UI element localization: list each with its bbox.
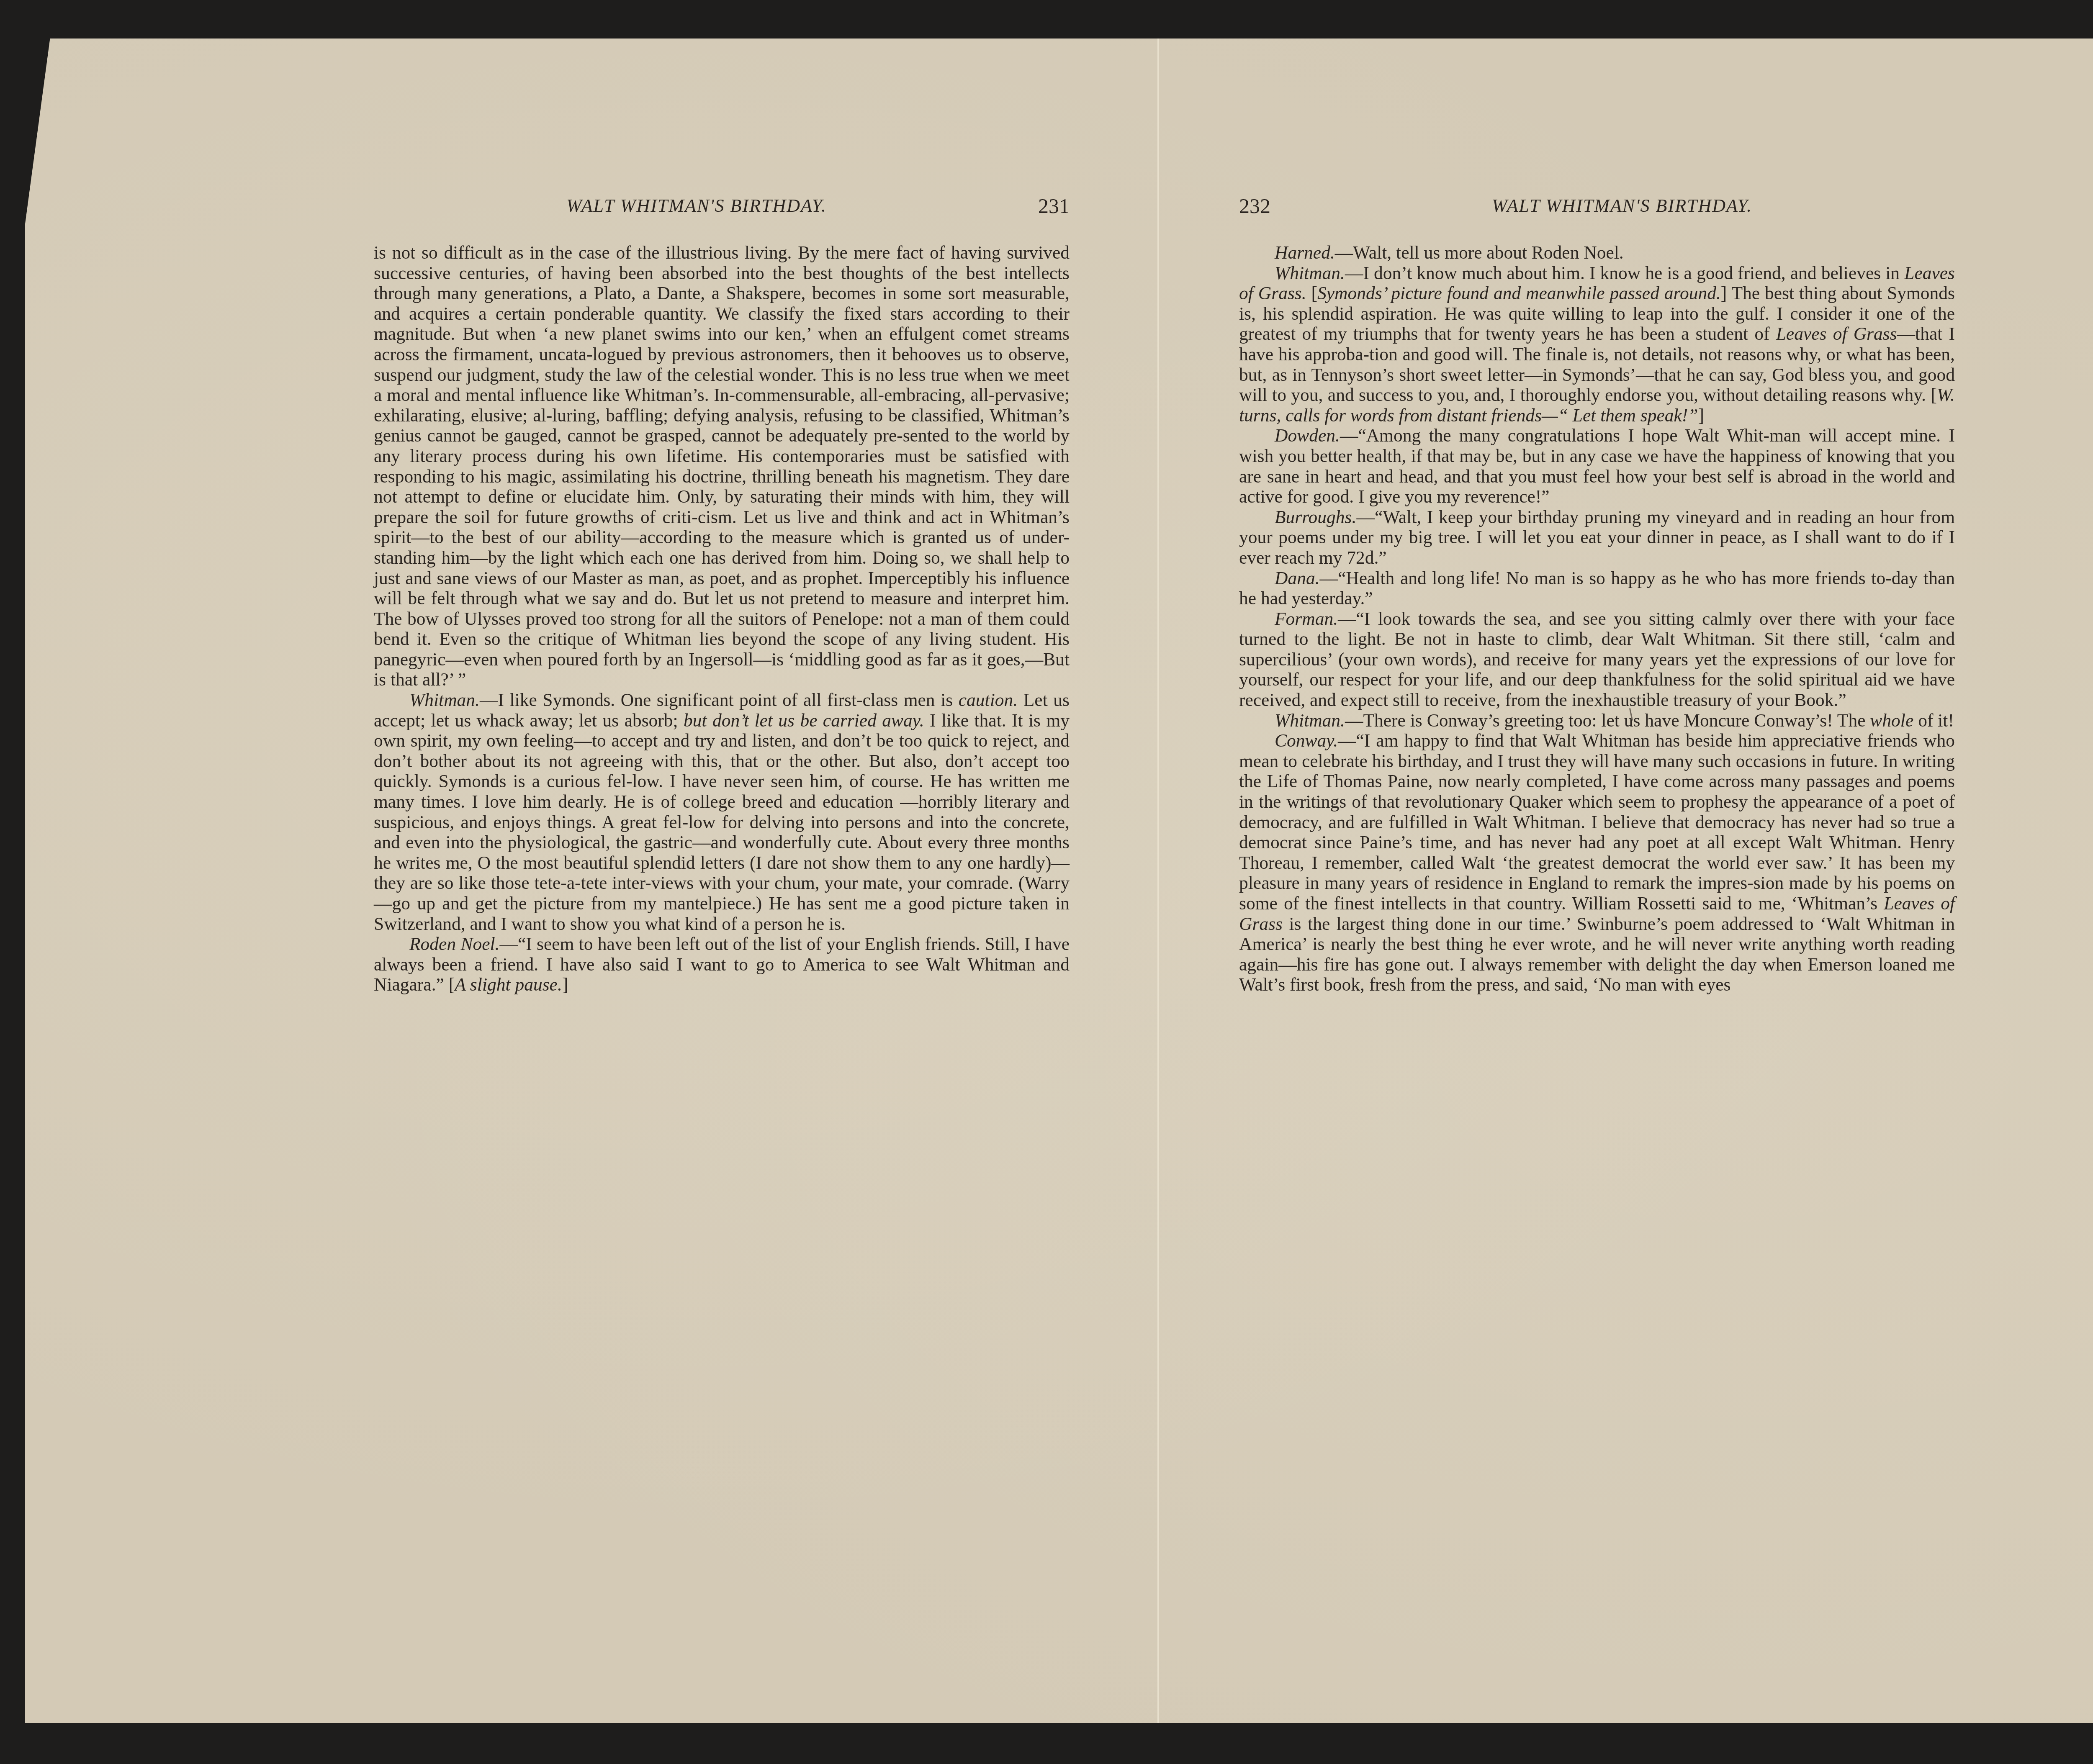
body-text: ] xyxy=(562,975,568,995)
paragraph: is not so difficult as in the case of th… xyxy=(374,243,1070,690)
body-text: —I like Symonds. One significant point o… xyxy=(480,690,959,710)
center-fold xyxy=(1157,39,1159,1723)
paragraph: Whitman.—I like Symonds. One significant… xyxy=(374,690,1070,934)
page-number: 232 xyxy=(1239,193,1270,218)
italic-text: A slight pause. xyxy=(455,975,562,995)
paragraph: Whitman.—There is Conway’s greeting too:… xyxy=(1239,711,1955,731)
left-running-head: WALT WHITMAN'S BIRTHDAY. 231 xyxy=(374,193,1070,218)
body-text: [ xyxy=(1306,283,1317,303)
body-text: —“I am happy to find that Walt Whitman h… xyxy=(1239,731,1955,914)
speaker-name: Dowden. xyxy=(1275,426,1340,446)
italic-text: Symonds’ picture found and meanwhile pas… xyxy=(1317,283,1721,303)
body-text: of it! xyxy=(1913,711,1954,731)
speaker-name: Roden Noel. xyxy=(409,934,499,954)
left-page-body: is not so difficult as in the case of th… xyxy=(374,243,1070,995)
speaker-name: Whitman. xyxy=(1275,263,1345,283)
body-text: —Walt, tell us more about Roden Noel. xyxy=(1335,243,1624,263)
speaker-name: Forman. xyxy=(1275,609,1338,629)
body-text: —“I look towards the sea, and see you si… xyxy=(1239,609,1955,710)
paragraph: Burroughs.—“Walt, I keep your birthday p… xyxy=(1239,507,1955,568)
body-text: I like that. It is my own spirit, my own… xyxy=(374,711,1070,934)
paragraph: Dana.—“Health and long life! No man is s… xyxy=(1239,568,1955,609)
paragraph: Roden Noel.—“I seem to have been left ou… xyxy=(374,934,1070,995)
right-running-head: 232 WALT WHITMAN'S BIRTHDAY. xyxy=(1239,193,1955,218)
running-title: WALT WHITMAN'S BIRTHDAY. xyxy=(374,193,1019,218)
page-number: 231 xyxy=(1038,193,1070,218)
paragraph: Whitman.—I don’t know much about him. I … xyxy=(1239,263,1955,426)
body-text: is the largest thing done in our time.’ … xyxy=(1239,914,1955,995)
speaker-name: Dana. xyxy=(1275,568,1320,588)
paragraph: Conway.—“I am happy to find that Walt Wh… xyxy=(1239,731,1955,995)
paragraph: Forman.—“I look towards the sea, and see… xyxy=(1239,609,1955,711)
italic-text: whole xyxy=(1870,711,1913,731)
book-spread-sheet: WALT WHITMAN'S BIRTHDAY. 231 is not so d… xyxy=(25,39,2093,1723)
italic-text: but don’t let us be carried away. xyxy=(684,711,924,731)
italic-text: caution. xyxy=(959,690,1018,710)
body-text: —“Health and long life! No man is so hap… xyxy=(1239,568,1955,609)
paragraph: Dowden.—“Among the many congratulations … xyxy=(1239,426,1955,507)
body-text: ] xyxy=(1698,406,1704,426)
speaker-name: Whitman. xyxy=(409,690,480,710)
right-page-body: Harned.—Walt, tell us more about Roden N… xyxy=(1239,243,1955,995)
speaker-name: Harned. xyxy=(1275,243,1335,263)
speaker-name: Conway. xyxy=(1275,731,1338,751)
running-title: WALT WHITMAN'S BIRTHDAY. xyxy=(1289,193,1955,218)
body-text: —There is Conway’s greeting too: let us … xyxy=(1345,711,1870,731)
body-text: —I don’t know much about him. I know he … xyxy=(1345,263,1904,283)
speaker-name: Whitman. xyxy=(1275,711,1345,731)
body-text: is not so difficult as in the case of th… xyxy=(374,243,1070,690)
italic-text: Leaves of Grass xyxy=(1776,324,1897,344)
body-text: —“Among the many congratulations I hope … xyxy=(1239,426,1955,507)
speaker-name: Burroughs. xyxy=(1275,507,1356,527)
paragraph: Harned.—Walt, tell us more about Roden N… xyxy=(1239,243,1955,263)
